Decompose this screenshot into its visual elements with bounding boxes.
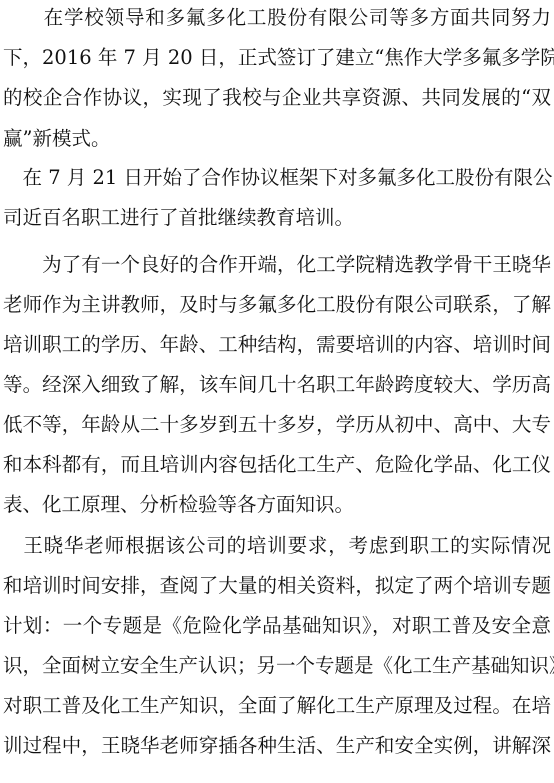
text-line: 王晓华老师根据该公司的培训要求，考虑到职工的实际情况 bbox=[3, 534, 551, 558]
text-line: 培训职工的学历、年龄、工种结构，需要培训的内容、培训时间 bbox=[3, 333, 551, 357]
text-line: 训过程中，王晓华老师穿插各种生活、生产和安全实例，讲解深 bbox=[3, 734, 551, 758]
text-line: 计划：一个专题是《危险化学品基础知识》，对职工普及安全意 bbox=[3, 614, 551, 638]
text-line: 和本科都有，而且培训内容包括化工生产、危险化学品、化工仪 bbox=[3, 453, 551, 477]
text-line: 在学校领导和多氟多化工股份有限公司等多方面共同努力 bbox=[3, 6, 551, 30]
text-line: 在 7 月 21 日开始了合作协议框架下对多氟多化工股份有限公 bbox=[3, 166, 551, 190]
text-line: 低不等，年龄从二十多岁到五十多岁，学历从初中、高中、大专 bbox=[3, 413, 551, 437]
text-line: 为了有一个良好的合作开端，化工学院精选教学骨干王晓华 bbox=[3, 253, 551, 277]
text-line: 和培训时间安排，查阅了大量的相关资料，拟定了两个培训专题 bbox=[3, 574, 551, 598]
text-line: 的校企合作协议，实现了我校与企业共享资源、共同发展的“双 bbox=[3, 86, 551, 110]
text-line: 下，2016 年 7 月 20 日，正式签订了建立“焦作大学多氟多学院” bbox=[3, 46, 551, 70]
text-line: 等。经深入细致了解，该车间几十名职工年龄跨度较大、学历高 bbox=[3, 373, 551, 397]
text-line: 识，全面树立安全生产认识；另一个专题是《化工生产基础知识》， bbox=[3, 654, 551, 678]
text-line: 老师作为主讲教师，及时与多氟多化工股份有限公司联系，了解 bbox=[3, 293, 551, 317]
text-line: 司近百名职工进行了首批继续教育培训。 bbox=[3, 206, 551, 230]
text-line: 对职工普及化工生产知识，全面了解化工生产原理及过程。在培 bbox=[3, 694, 551, 718]
text-line: 表、化工原理、分析检验等各方面知识。 bbox=[3, 493, 551, 517]
document-page: 在学校领导和多氟多化工股份有限公司等多方面共同努力 下，2016 年 7 月 2… bbox=[0, 0, 554, 783]
text-line: 赢”新模式。 bbox=[3, 127, 551, 151]
